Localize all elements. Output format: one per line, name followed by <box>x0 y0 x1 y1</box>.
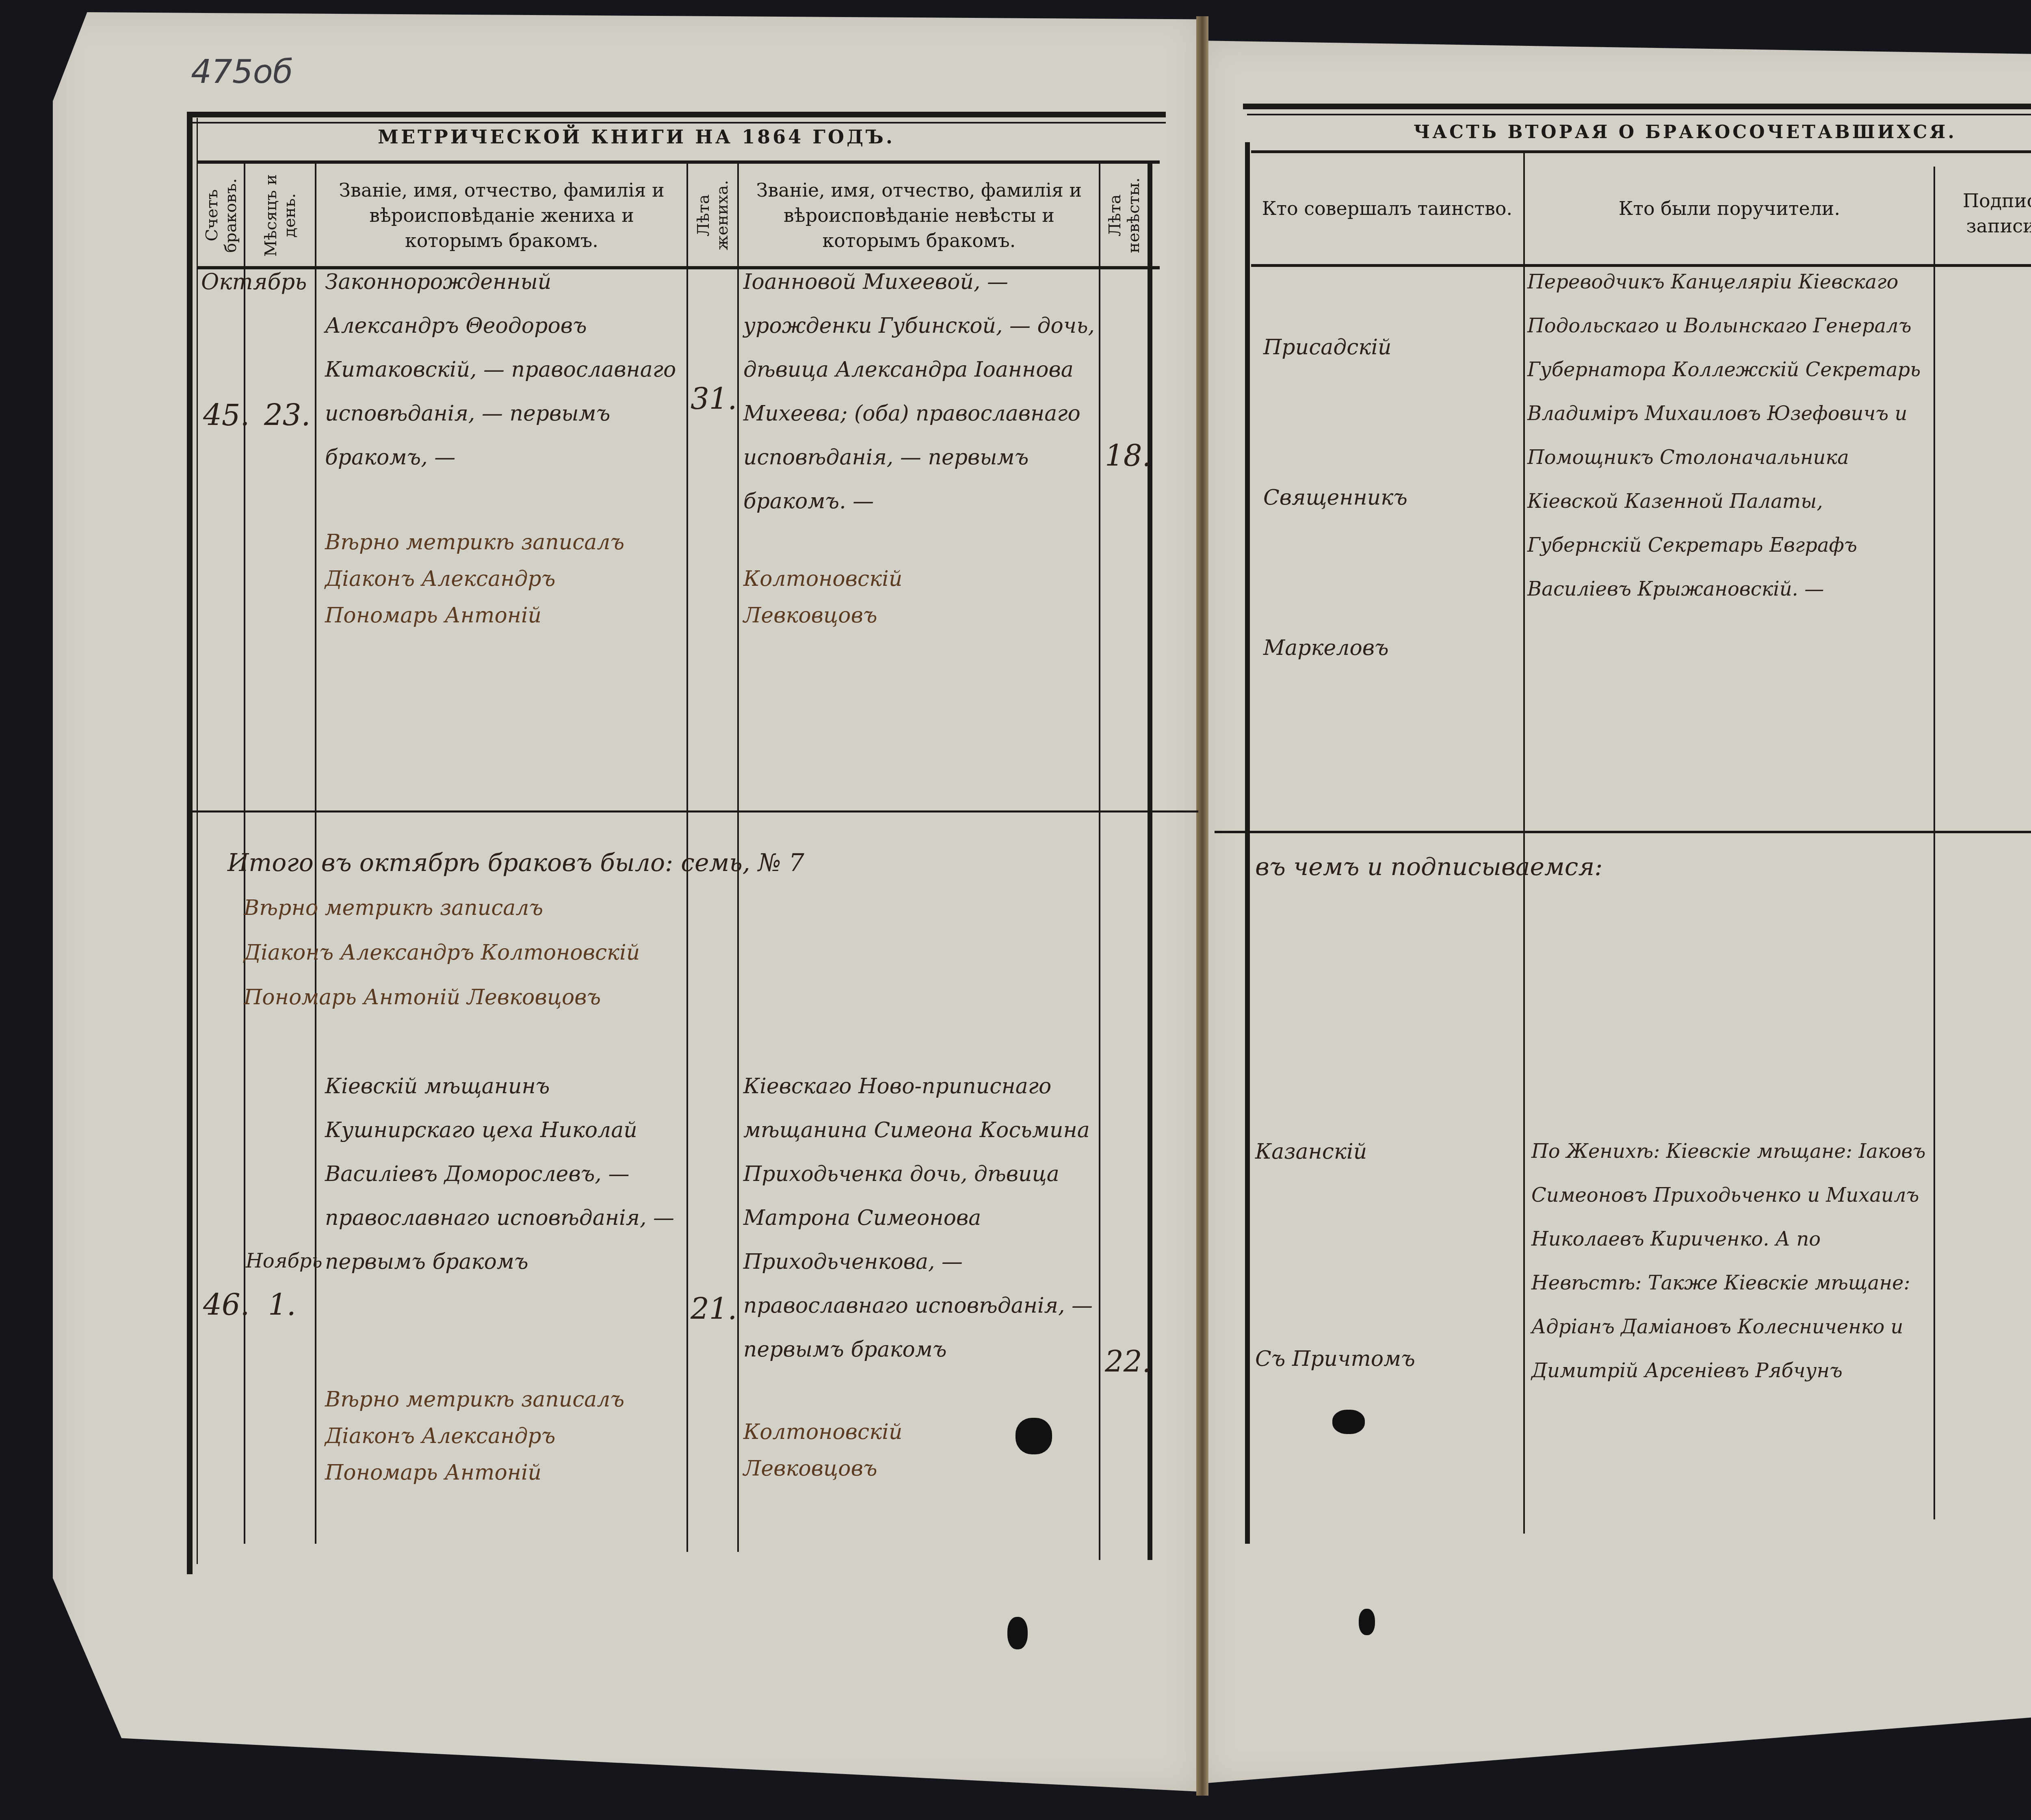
entry-45-officiant: Присадскій Священникъ Маркеловъ <box>1263 272 1515 723</box>
col-header-count: Счетъ браковъ. <box>199 167 244 264</box>
october-verification: Вѣрно метрикѣ записалъ Діаконъ Александр… <box>244 886 894 1020</box>
frame-top-thin <box>191 122 1166 123</box>
col-header-bride: Званіе, имя, отчество, фамилія и вѣроисп… <box>741 167 1097 264</box>
entry-45-bride: Іоанновой Михеевой, — урожденки Губинско… <box>743 260 1097 523</box>
col-header-sureties: Кто были поручители. <box>1527 154 1931 262</box>
entry-45-sureties: Переводчикъ Канцеляріи Кіевскаго Подольс… <box>1527 260 1934 611</box>
col-header-bride-age: Лѣта невѣсты. <box>1101 167 1148 264</box>
entry-46-month: Ноябрь <box>246 1239 323 1283</box>
paper-hole <box>1332 1410 1365 1434</box>
entry-45-month: Октябрь <box>201 260 307 304</box>
entry-46-sureties: По Женихѣ: Кіевскіе мѣщане: Іаковъ Симео… <box>1531 1129 1934 1393</box>
col-sep-right-1 <box>1523 152 1525 1534</box>
col-header-groom: Званіе, имя, отчество, фамилія и вѣроисп… <box>319 167 684 264</box>
entry-45-bride-verification: Колтоновскій Левковцовъ <box>743 561 1097 634</box>
entry-46-groom-verification: Вѣрно метрикѣ записалъ Діаконъ Александр… <box>325 1381 682 1491</box>
entry-46-bride-age: 22. <box>1105 1345 1152 1379</box>
entry-45-bride-age: 18. <box>1105 439 1152 473</box>
summary-continuation: въ чемъ и подписываемся: <box>1255 845 1783 889</box>
col-header-groom-age: Лѣта жениха. <box>689 167 737 264</box>
entry-45-number: 45. <box>203 398 250 432</box>
frame-top <box>187 112 1166 117</box>
col-header-witness-signatures: Подпись свидѣтелей записи по желанію. <box>1938 162 2031 264</box>
book-spine <box>1196 16 1208 1796</box>
entry-46-groom-age: 21. <box>691 1292 737 1326</box>
entry-46-day: 1. <box>268 1288 296 1322</box>
entry-46-number: 46. <box>203 1288 250 1322</box>
entry-45-day: 23. <box>264 398 311 432</box>
col-header-month-day: Мѣсяцъ и день. <box>246 167 315 264</box>
frame-top-thin-right <box>1247 114 2031 115</box>
entry-46-groom: Кіевскій мѣщанинъ Кушнирскаго цеха Никол… <box>325 1064 682 1284</box>
paper-hole <box>1015 1418 1052 1454</box>
paper-hole <box>1007 1617 1028 1649</box>
entry-46-officiant: Казанскій Съ Причтомъ <box>1255 1048 1519 1462</box>
frame-left-right <box>1245 142 1250 1544</box>
october-summary: Итого въ октябрѣ браковъ было: семь, № 7 <box>227 841 1162 885</box>
frame-left <box>187 112 193 1574</box>
paper-hole <box>1359 1609 1375 1635</box>
entry-45-groom-verification: Вѣрно метрикѣ записалъ Діаконъ Александр… <box>325 524 682 634</box>
frame-left-thin <box>197 118 198 1564</box>
col-sep-right-2 <box>1934 167 1935 1519</box>
entry-46-bride: Кіевскаго Ново-приписнаго мѣщанина Симео… <box>743 1064 1097 1371</box>
section-divider-right <box>1215 831 2031 833</box>
col-header-officiant: Кто совершалъ таинство. <box>1253 154 1521 262</box>
right-page-title: ЧАСТЬ ВТОРАЯ О БРАКОСОЧЕТАВШИХСЯ. <box>1414 122 1957 143</box>
frame-top-right <box>1243 104 2031 109</box>
entry-45-groom-age: 31. <box>691 382 737 416</box>
header-rule-top-right <box>1251 150 2031 153</box>
left-page-title: МЕТРИЧЕСКОЙ КНИГИ НА 1864 ГОДЪ. <box>378 126 895 148</box>
archive-number: 475об <box>191 53 293 91</box>
header-rule-top <box>197 160 1160 164</box>
entry-45-groom: Законнорожденный Александръ Θеодоровъ Ки… <box>325 260 682 479</box>
section-divider-left <box>191 810 1198 812</box>
